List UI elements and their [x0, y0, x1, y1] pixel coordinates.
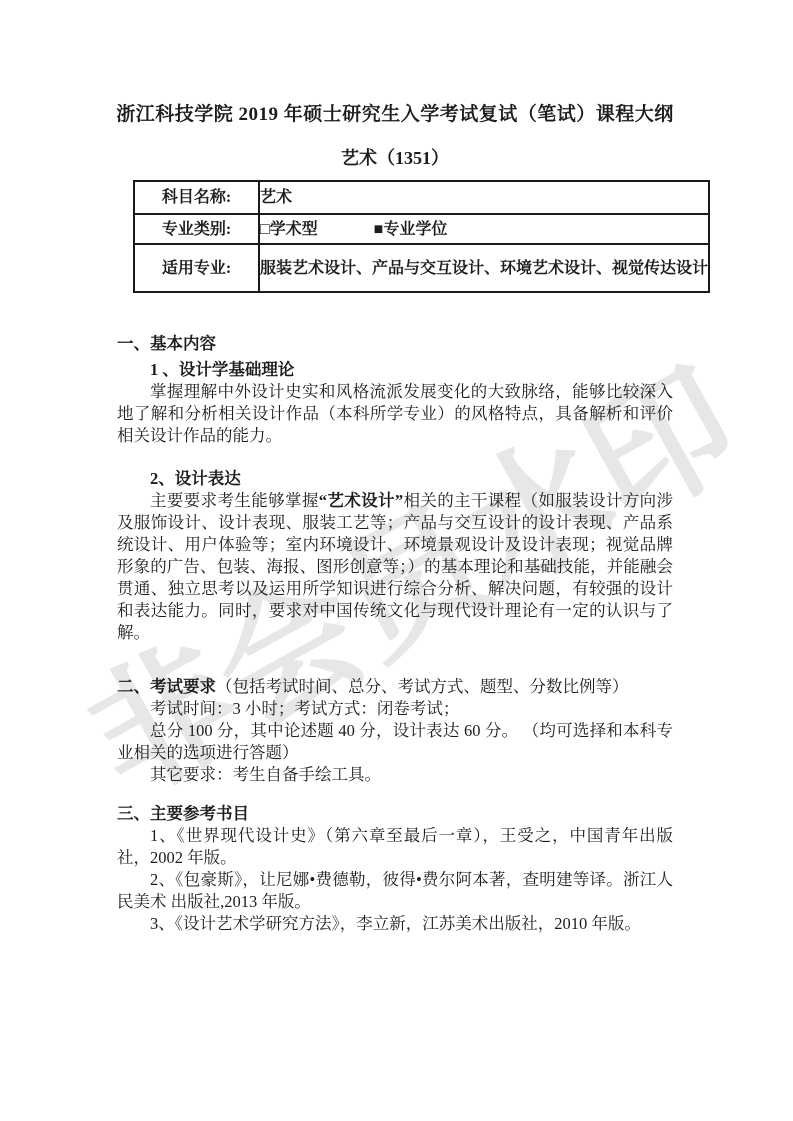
- paragraph-design-expression: 主要要求考生能够掌握“艺术设计”相关的主干课程（如服装设计方向涉及服饰设计、设计…: [117, 490, 673, 644]
- table-row-majors: 适用专业: 服装艺术设计、产品与交互设计、环境艺术设计、视觉传达设计: [134, 244, 709, 292]
- exam-time-line: 考试时间：3 小时；考试方式：闭卷考试；: [117, 698, 673, 720]
- document-content: 浙江科技学院 2019 年硕士研究生入学考试复试（笔试）课程大纲 艺术（1351…: [117, 101, 673, 935]
- table-row-subject: 科目名称: 艺术: [134, 181, 709, 214]
- reference-item-2: 2、《包豪斯》，让尼娜•费德勒，彼得•费尔阿本著，查明建等译。浙江人民美术 出版…: [117, 869, 673, 913]
- subsection-heading-design-expression: 2、设计表达: [117, 468, 673, 490]
- applicable-majors-value: 服装艺术设计、产品与交互设计、环境艺术设计、视觉传达设计: [259, 244, 709, 292]
- category-value: □学术型■专业学位: [259, 214, 709, 244]
- info-table: 科目名称: 艺术 专业类别: □学术型■专业学位 适用专业: 服装艺术设计、产品…: [133, 180, 710, 293]
- academic-type-option: □学术型: [260, 221, 318, 238]
- table-row-category: 专业类别: □学术型■专业学位: [134, 214, 709, 244]
- paragraph-design-theory: 掌握理解中外设计史实和风格流派发展变化的大致脉络，能够比较深入地了解和分析相关设…: [117, 381, 673, 447]
- exam-requirements-title: 二、考试要求: [117, 677, 216, 696]
- category-label: 专业类别:: [134, 214, 259, 244]
- exam-requirements-note: （包括考试时间、总分、考试方式、题型、分数比例等）: [216, 677, 629, 696]
- document-page: 非会员水印 浙江科技学院 2019 年硕士研究生入学考试复试（笔试）课程大纲 艺…: [0, 0, 793, 1121]
- design-expression-bold-term: “艺术设计”: [319, 491, 403, 510]
- design-expression-text-after: 相关的主干课程（如服装设计方向涉及服饰设计、设计表现、服装工艺等；产品与交互设计…: [117, 491, 673, 642]
- exam-other-requirements-line: 其它要求：考生自备手绘工具。: [117, 764, 673, 786]
- section-heading-basic-content: 一、基本内容: [117, 333, 673, 355]
- reference-item-1: 1、《世界现代设计史》（第六章至最后一章），王受之，中国青年出版社，2002 年…: [117, 825, 673, 869]
- document-subtitle: 艺术（1351）: [85, 145, 705, 171]
- exam-score-line: 总分 100 分，其中论述题 40 分，设计表达 60 分。 （均可选择和本科专…: [117, 720, 673, 764]
- section-heading-references: 三、主要参考书目: [117, 803, 673, 825]
- applicable-majors-label: 适用专业:: [134, 244, 259, 292]
- subject-name-label: 科目名称:: [134, 181, 259, 214]
- professional-degree-option: ■专业学位: [374, 221, 448, 238]
- subject-name-value: 艺术: [259, 181, 709, 214]
- section-heading-exam-requirements: 二、考试要求（包括考试时间、总分、考试方式、题型、分数比例等）: [117, 676, 673, 698]
- document-title: 浙江科技学院 2019 年硕士研究生入学考试复试（笔试）课程大纲: [85, 101, 705, 128]
- subsection-heading-design-theory: 1 、设计学基础理论: [117, 359, 673, 381]
- reference-item-3: 3、《设计艺术学研究方法》，李立新，江苏美术出版社，2010 年版。: [117, 913, 673, 935]
- design-expression-text-before: 主要要求考生能够掌握: [150, 491, 319, 510]
